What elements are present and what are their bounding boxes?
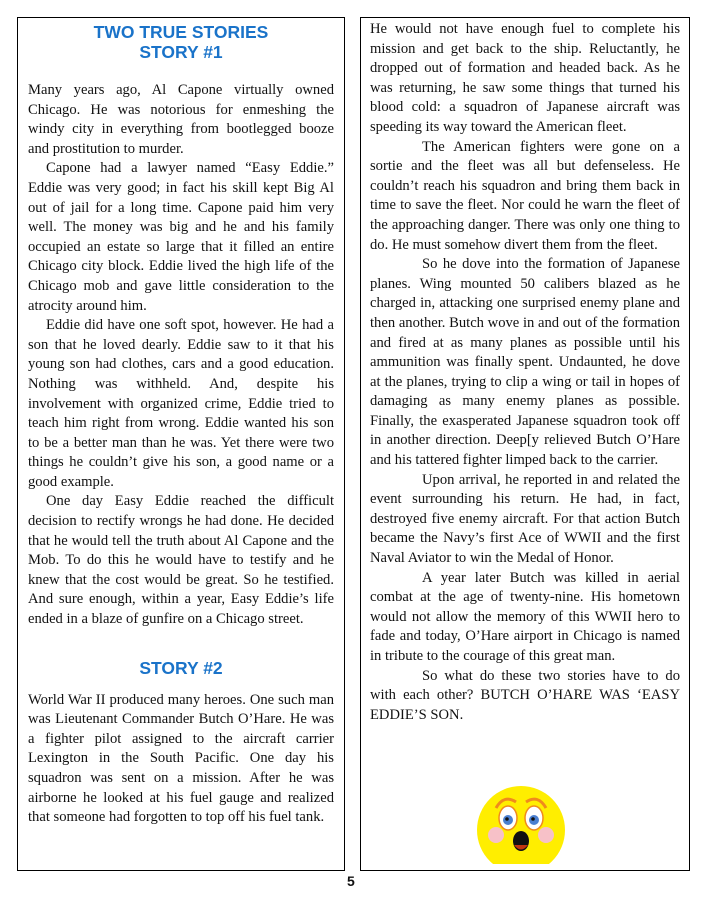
story2-conclusion: So what do these two stories have to do …	[370, 667, 680, 726]
story1-paragraph: Many years ago, Al Capone virtually owne…	[28, 81, 334, 159]
main-title: TWO TRUE STORIES	[28, 22, 334, 42]
story2-paragraph: He would not have enough fuel to complet…	[370, 20, 680, 138]
story2-paragraph: World War II produced many heroes. One s…	[28, 691, 334, 828]
story2-paragraph: So he dove into the formation of Japanes…	[370, 255, 680, 471]
right-column: He would not have enough fuel to complet…	[360, 17, 690, 871]
page-number: 5	[347, 873, 355, 889]
surprised-face-icon	[476, 784, 566, 864]
story1-paragraph: Capone had a lawyer named “Easy Eddie.” …	[28, 159, 334, 316]
story1-paragraph: Eddie did have one soft spot, however. H…	[28, 316, 334, 492]
story2-paragraph: The American fighters were gone on a sor…	[370, 138, 680, 256]
story2-title: STORY #2	[28, 658, 334, 678]
story1-title: STORY #1	[28, 42, 334, 62]
story1-body: Many years ago, Al Capone virtually owne…	[28, 81, 334, 630]
story2-paragraph: A year later Butch was killed in aerial …	[370, 569, 680, 667]
story2-body-part1: World War II produced many heroes. One s…	[28, 691, 334, 828]
story1-paragraph: One day Easy Eddie reached the difficult…	[28, 492, 334, 629]
left-column: TWO TRUE STORIES STORY #1 Many years ago…	[17, 17, 345, 871]
story2-paragraph: Upon arrival, he reported in and related…	[370, 471, 680, 569]
